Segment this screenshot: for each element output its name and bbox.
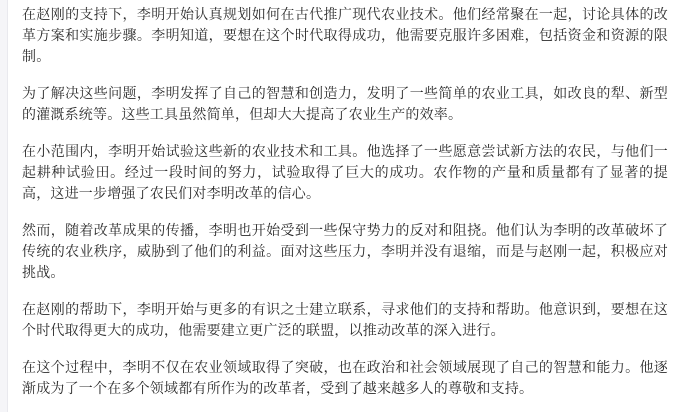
story-text-panel: 在赵刚的支持下，李明开始认真规划如何在古代推广现代农业技术。他们经常聚在一起，讨… [9,0,686,412]
story-paragraph-3: 在小范围内，李明开始试验这些新的农业技术和工具。他选择了一些愿意尝试新方法的农民… [22,141,668,204]
story-paragraph-5: 在赵刚的帮助下，李明开始与更多的有识之士建立联系，寻求他们的支持和帮助。他意识到… [22,299,668,341]
story-paragraph-1: 在赵刚的支持下，李明开始认真规划如何在古代推广现代农业技术。他们经常聚在一起，讨… [22,4,668,67]
sidebar-edge [0,0,8,412]
story-paragraph-2: 为了解决这些问题，李明发挥了自己的智慧和创造力，发明了一些简单的农业工具，如改良… [22,83,668,125]
story-paragraph-6: 在这个过程中，李明不仅在农业领域取得了突破，也在政治和社会领域展现了自己的智慧和… [22,357,668,399]
story-paragraph-4: 然而，随着改革成果的传播，李明也开始受到一些保守势力的反对和阻挠。他们认为李明的… [22,220,668,283]
